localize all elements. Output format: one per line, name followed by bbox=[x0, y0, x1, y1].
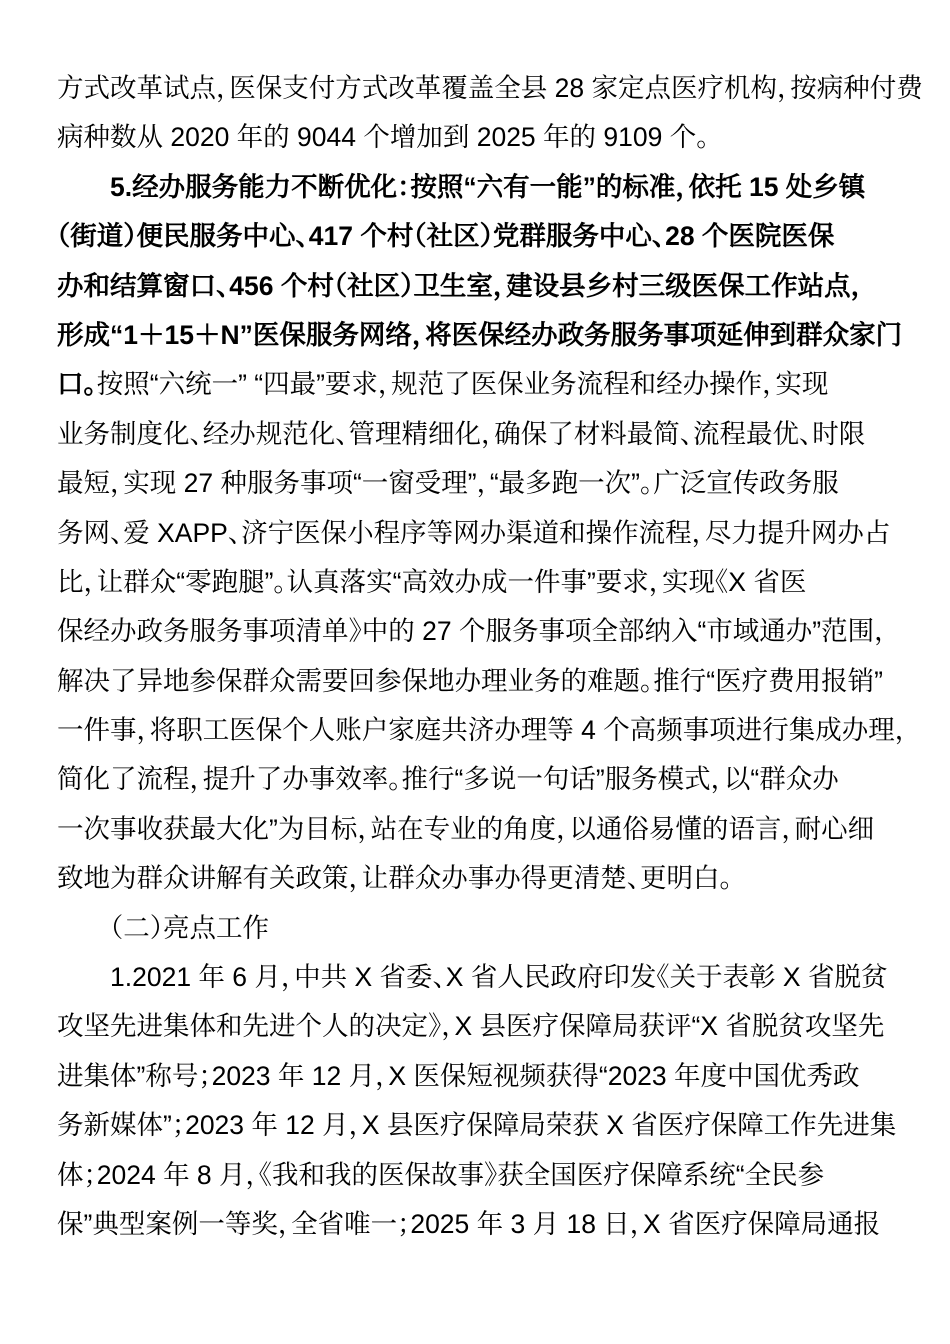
para-item5-service-capability-line-12: 一件事，将职工医保个人账户家庭共济办理等 4 个高频事项进行集成办理， bbox=[57, 706, 907, 755]
bold-text-run: 口。 bbox=[57, 369, 97, 399]
bold-text-run: （街道）便民服务中心、417 个村（社区）党群服务中心、28 个医院医保 bbox=[57, 221, 834, 251]
para-item1-awards-line-6: 保”典型案例一等奖，全省唯一；2025 年 3 月 18 日，X 省医疗保障局通… bbox=[57, 1200, 907, 1249]
text-run: 保”典型案例一等奖，全省唯一；2025 年 3 月 18 日，X 省医疗保障局通… bbox=[57, 1209, 880, 1239]
text-run: 业务制度化、经办规范化、管理精细化，确保了材料最简、流程最优、时限 bbox=[57, 419, 865, 449]
para-item5-service-capability-line-1: 5.经办服务能力不断优化：按照“六有一能”的标准，依托 15 处乡镇 bbox=[57, 163, 907, 212]
para-item1-awards-line-3: 进集体”称号；2023 年 12 月，X 医保短视频获得“2023 年度中国优秀… bbox=[57, 1052, 907, 1101]
para-item1-awards-line-5: 体；2024 年 8 月，《我和我的医保故事》获全国医疗保障系统“全民参 bbox=[57, 1151, 907, 1200]
text-run: 一件事，将职工医保个人账户家庭共济办理等 4 个高频事项进行集成办理， bbox=[57, 715, 908, 745]
para-item5-service-capability-line-6: 业务制度化、经办规范化、管理精细化，确保了材料最简、流程最优、时限 bbox=[57, 410, 907, 459]
para-payment-reform-continuation-line-2: 病种数从 2020 年的 9044 个增加到 2025 年的 9109 个。 bbox=[57, 113, 907, 162]
para-item5-service-capability-line-9: 比，让群众“零跑腿”。认真落实“高效办成一件事”要求，实现《X 省医 bbox=[57, 558, 907, 607]
para-item5-service-capability-line-4: 形成“1＋15＋N”医保服务网络，将医保经办政务服务事项延伸到群众家门 bbox=[57, 311, 907, 360]
para-item5-service-capability-line-2: （街道）便民服务中心、417 个村（社区）党群服务中心、28 个医院医保 bbox=[57, 212, 907, 261]
document-text-body: 方式改革试点，医保支付方式改革覆盖全县 28 家定点医疗机构，按病种付费病种数从… bbox=[57, 64, 907, 1249]
para-item5-service-capability-line-3: 办和结算窗口、456 个村（社区）卫生室，建设县乡村三级医保工作站点， bbox=[57, 262, 907, 311]
para-item5-service-capability-line-7: 最短，实现 27 种服务事项“一窗受理”，“最多跑一次”。广泛宣传政务服 bbox=[57, 459, 907, 508]
text-run: 1.2021 年 6 月，中共 X 省委、X 省人民政府印发《关于表彰 X 省脱… bbox=[110, 962, 887, 992]
text-run: 进集体”称号；2023 年 12 月，X 医保短视频获得“2023 年度中国优秀… bbox=[57, 1061, 860, 1091]
bold-text-run: 办和结算窗口、456 个村（社区）卫生室，建设县乡村三级医保工作站点， bbox=[57, 271, 864, 301]
text-run: 方式改革试点，医保支付方式改革覆盖全县 28 家定点医疗机构，按病种付费 bbox=[57, 73, 923, 103]
para-item5-service-capability-line-15: 致地为群众讲解有关政策，让群众办事办得更清楚、更明白。 bbox=[57, 854, 907, 903]
text-run: 解决了异地参保群众需要回参保地办理业务的难题。推行“医疗费用报销” bbox=[57, 666, 883, 696]
text-run: 比，让群众“零跑腿”。认真落实“高效办成一件事”要求，实现《X 省医 bbox=[57, 567, 806, 597]
text-run: （二）亮点工作 bbox=[110, 913, 269, 943]
para-item5-service-capability-line-11: 解决了异地参保群众需要回参保地办理业务的难题。推行“医疗费用报销” bbox=[57, 657, 907, 706]
document-page: 方式改革试点，医保支付方式改革覆盖全县 28 家定点医疗机构，按病种付费病种数从… bbox=[0, 0, 950, 1344]
para-item1-awards-line-2: 攻坚先进集体和先进个人的决定》，X 县医疗保障局获评“X 省脱贫攻坚先 bbox=[57, 1002, 907, 1051]
para-section2-highlights-heading-line-1: （二）亮点工作 bbox=[57, 904, 907, 953]
para-item5-service-capability-line-10: 保经办政务服务事项清单》中的 27 个服务事项全部纳入“市域通办”范围， bbox=[57, 607, 907, 656]
text-run: 体；2024 年 8 月，《我和我的医保故事》获全国医疗保障系统“全民参 bbox=[57, 1160, 824, 1190]
para-item5-service-capability-line-14: 一次事收获最大化”为目标，站在专业的角度，以通俗易懂的语言，耐心细 bbox=[57, 805, 907, 854]
para-item1-awards-line-1: 1.2021 年 6 月，中共 X 省委、X 省人民政府印发《关于表彰 X 省脱… bbox=[57, 953, 907, 1002]
text-run: 致地为群众讲解有关政策，让群众办事办得更清楚、更明白。 bbox=[57, 863, 733, 893]
text-run: 务网、爱 XAPP、济宁医保小程序等网办渠道和操作流程，尽力提升网办占 bbox=[57, 518, 890, 548]
text-run: 病种数从 2020 年的 9044 个增加到 2025 年的 9109 个。 bbox=[57, 122, 709, 152]
para-item1-awards-line-4: 务新媒体”；2023 年 12 月，X 县医疗保障局荣获 X 省医疗保障工作先进… bbox=[57, 1101, 907, 1150]
bold-text-run: 形成“1＋15＋N”医保服务网络，将医保经办政务服务事项延伸到群众家门 bbox=[57, 320, 902, 350]
para-item5-service-capability-line-8: 务网、爱 XAPP、济宁医保小程序等网办渠道和操作流程，尽力提升网办占 bbox=[57, 509, 907, 558]
para-item5-service-capability-line-13: 简化了流程，提升了办事效率。推行“多说一句话”服务模式，以“群众办 bbox=[57, 755, 907, 804]
text-run: 按照“六统一” “四最”要求，规范了医保业务流程和经办操作，实现 bbox=[97, 369, 829, 399]
text-run: 简化了流程，提升了办事效率。推行“多说一句话”服务模式，以“群众办 bbox=[57, 764, 839, 794]
para-item5-service-capability-line-5: 口。按照“六统一” “四最”要求，规范了医保业务流程和经办操作，实现 bbox=[57, 360, 907, 409]
text-run: 务新媒体”；2023 年 12 月，X 县医疗保障局荣获 X 省医疗保障工作先进… bbox=[57, 1110, 896, 1140]
text-run: 保经办政务服务事项清单》中的 27 个服务事项全部纳入“市域通办”范围， bbox=[57, 616, 887, 646]
text-run: 最短，实现 27 种服务事项“一窗受理”，“最多跑一次”。广泛宣传政务服 bbox=[57, 468, 839, 498]
text-run: 攻坚先进集体和先进个人的决定》，X 县医疗保障局获评“X 省脱贫攻坚先 bbox=[57, 1011, 884, 1041]
bold-text-run: 5.经办服务能力不断优化：按照“六有一能”的标准，依托 15 处乡镇 bbox=[110, 172, 865, 202]
para-payment-reform-continuation-line-1: 方式改革试点，医保支付方式改革覆盖全县 28 家定点医疗机构，按病种付费 bbox=[57, 64, 907, 113]
text-run: 一次事收获最大化”为目标，站在专业的角度，以通俗易懂的语言，耐心细 bbox=[57, 814, 874, 844]
